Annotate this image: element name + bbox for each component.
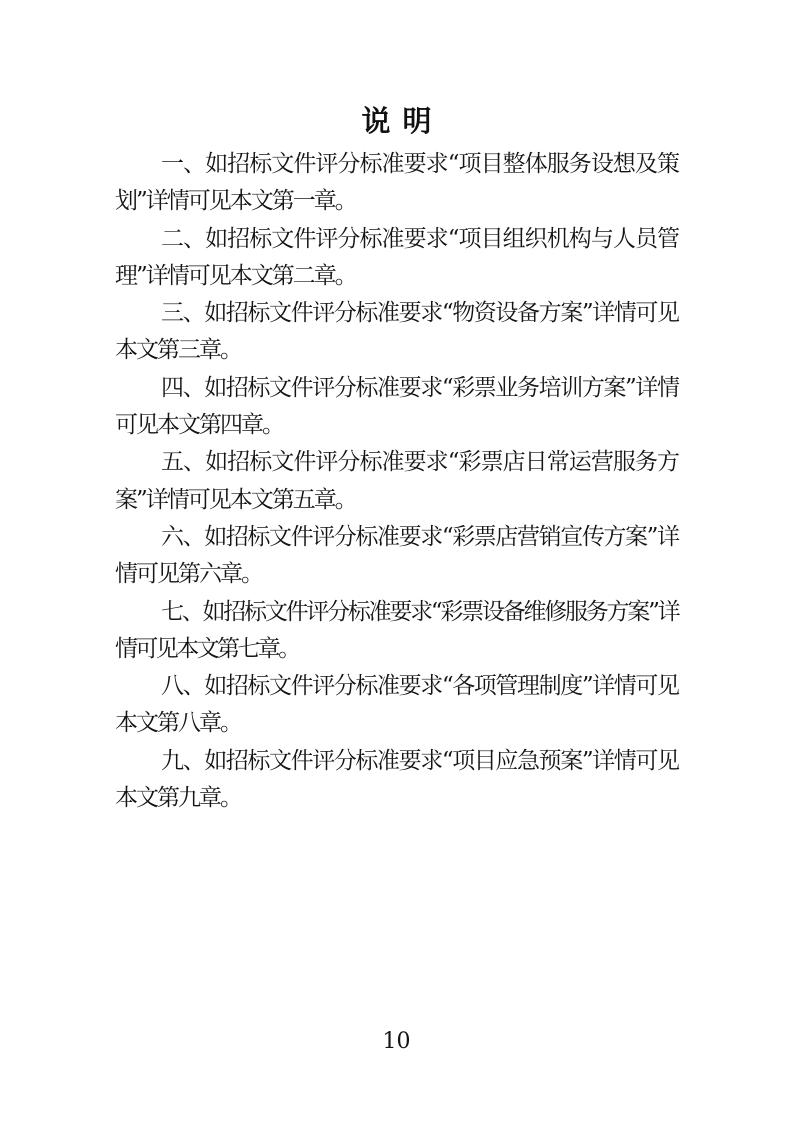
paragraph-1: 一、如招标文件评分标准要求“项目整体服务设想及策划”详情可见本文第一章。 xyxy=(115,146,678,221)
page-number: 10 xyxy=(0,1028,793,1056)
paragraph-2: 二、如招标文件评分标准要求“项目组织机构与人员管理”详情可见本文第二章。 xyxy=(115,221,678,296)
document-body: 一、如招标文件评分标准要求“项目整体服务设想及策划”详情可见本文第一章。 二、如… xyxy=(115,146,678,817)
paragraph-6: 六、如招标文件评分标准要求“彩票店营销宣传方案”详情可见第六章。 xyxy=(115,519,678,594)
paragraph-9: 九、如招标文件评分标准要求“项目应急预案”详情可见本文第九章。 xyxy=(115,743,678,818)
paragraph-7: 七、如招标文件评分标准要求“彩票设备维修服务方案”详情可见本文第七章。 xyxy=(115,594,678,669)
page-title: 说明 xyxy=(0,0,793,142)
paragraph-8: 八、如招标文件评分标准要求“各项管理制度”详情可见本文第八章。 xyxy=(115,668,678,743)
paragraph-3: 三、如招标文件评分标准要求“物资设备方案”详情可见本文第三章。 xyxy=(115,295,678,370)
paragraph-4: 四、如招标文件评分标准要求“彩票业务培训方案”详情可见本文第四章。 xyxy=(115,370,678,445)
document-page: 说明 一、如招标文件评分标准要求“项目整体服务设想及策划”详情可见本文第一章。 … xyxy=(0,0,793,1122)
paragraph-5: 五、如招标文件评分标准要求“彩票店日常运营服务方案”详情可见本文第五章。 xyxy=(115,444,678,519)
